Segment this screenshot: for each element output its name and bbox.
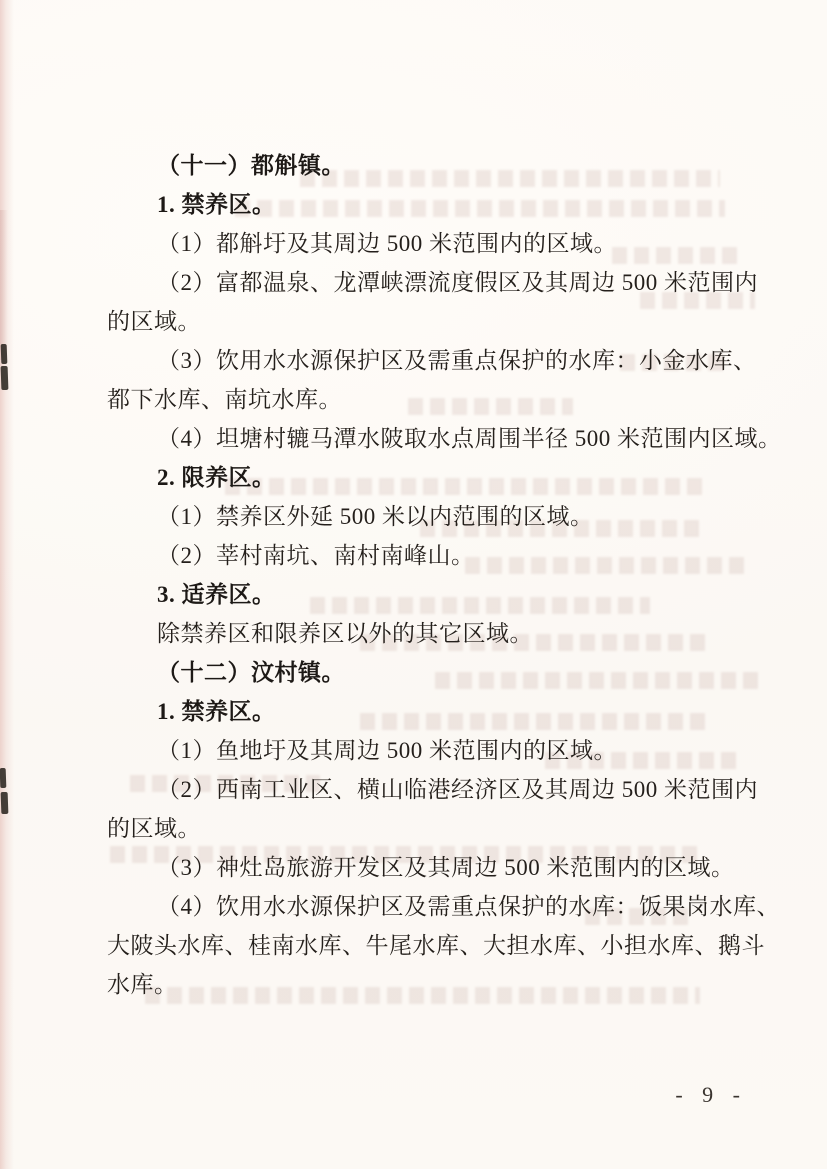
text-line: 都下水库、南坑水库。 bbox=[107, 380, 767, 419]
text-line: （2）莘村南坑、南村南峰山。 bbox=[107, 536, 767, 575]
text-line: （4）坦塘村辘马潭水陂取水点周围半径 500 米范围内区域。 bbox=[107, 419, 767, 458]
text-line: 1. 禁养区。 bbox=[107, 692, 767, 731]
text-line: 除禁养区和限养区以外的其它区域。 bbox=[107, 614, 767, 653]
text-line: （3）神灶岛旅游开发区及其周边 500 米范围内的区域。 bbox=[107, 848, 767, 887]
text-line: 2. 限养区。 bbox=[107, 458, 767, 497]
text-line: （1）都斛圩及其周边 500 米范围内的区域。 bbox=[107, 224, 767, 263]
page-number: - 9 - bbox=[675, 1082, 747, 1108]
document-body: （十一）都斛镇。1. 禁养区。（1）都斛圩及其周边 500 米范围内的区域。（2… bbox=[107, 146, 767, 1004]
scan-edge-shadow bbox=[0, 0, 14, 1169]
document-lines: （十一）都斛镇。1. 禁养区。（1）都斛圩及其周边 500 米范围内的区域。（2… bbox=[107, 146, 767, 1004]
text-line: 3. 适养区。 bbox=[107, 575, 767, 614]
text-line: （2）富都温泉、龙潭峡漂流度假区及其周边 500 米范围内 bbox=[107, 263, 767, 302]
text-line: 的区域。 bbox=[107, 809, 767, 848]
text-line: 的区域。 bbox=[107, 302, 767, 341]
scanned-page: （十一）都斛镇。1. 禁养区。（1）都斛圩及其周边 500 米范围内的区域。（2… bbox=[0, 0, 827, 1169]
text-line: （1）禁养区外延 500 米以内范围的区域。 bbox=[107, 497, 767, 536]
text-line: （十一）都斛镇。 bbox=[107, 146, 767, 185]
text-line: （4）饮用水水源保护区及需重点保护的水库：饭果岗水库、 bbox=[107, 887, 767, 926]
scan-edge-shadow-accent bbox=[0, 210, 8, 360]
binding-mark bbox=[0, 768, 6, 788]
text-line: 大陂头水库、桂南水库、牛尾水库、大担水库、小担水库、鹅斗 bbox=[107, 926, 767, 965]
text-line: （3）饮用水水源保护区及需重点保护的水库：小金水库、 bbox=[107, 341, 767, 380]
text-line: （2）西南工业区、横山临港经济区及其周边 500 米范围内 bbox=[107, 770, 767, 809]
binding-mark bbox=[1, 344, 8, 364]
binding-mark bbox=[1, 792, 9, 814]
text-line: 水库。 bbox=[107, 965, 767, 1004]
text-line: 1. 禁养区。 bbox=[107, 185, 767, 224]
text-line: （十二）汶村镇。 bbox=[107, 653, 767, 692]
binding-mark bbox=[1, 366, 9, 390]
text-line: （1）鱼地圩及其周边 500 米范围内的区域。 bbox=[107, 731, 767, 770]
